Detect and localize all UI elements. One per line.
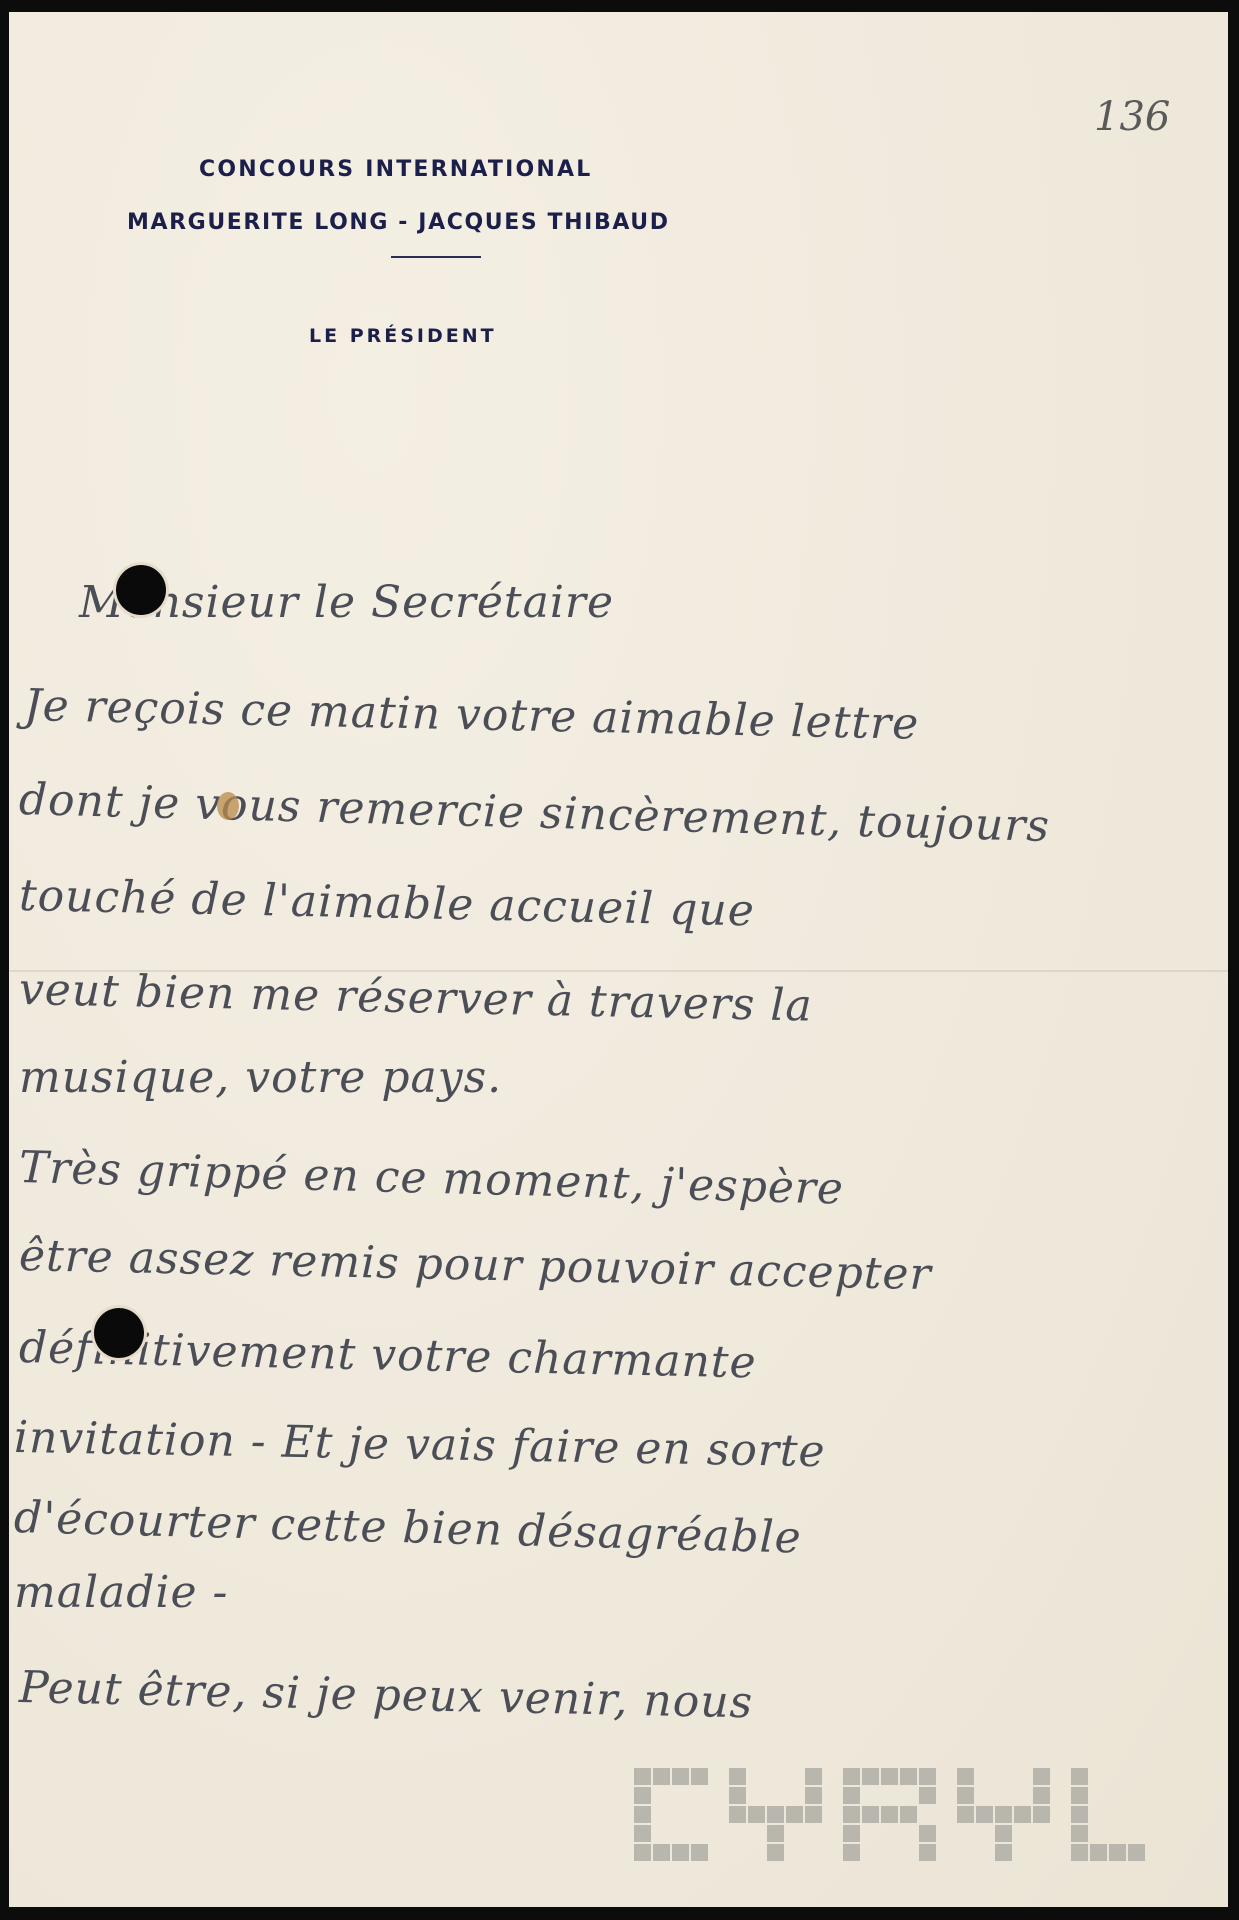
handwriting-line: dont je vous remercie sincèrement, toujo… (18, 774, 1050, 852)
handwriting-line: veut bien me réserver à travers la (18, 964, 813, 1032)
handwriting-line: d'écourter cette bien désagréable (13, 1492, 802, 1564)
letterhead-role: LE PRÉSIDENT (309, 325, 497, 347)
handwriting-line: musique, votre pays. (19, 1052, 502, 1103)
handwriting-line: être assez remis pour pouvoir accepter (18, 1230, 932, 1300)
cyryl-watermark (634, 1768, 1145, 1861)
handwriting-line: Peut être, si je peux venir, nous (18, 1662, 753, 1728)
handwriting-line: maladie - (14, 1567, 228, 1618)
punch-hole (94, 1308, 144, 1358)
page-number: 136 (1094, 94, 1170, 140)
punch-hole (116, 565, 166, 615)
handwriting-line: Très grippé en ce moment, j'espère (18, 1142, 844, 1215)
letterhead-title: CONCOURS INTERNATIONAL (199, 157, 592, 182)
letterhead-subtitle: MARGUERITE LONG - JACQUES THIBAUD (127, 210, 670, 235)
handwriting-line: touché de l'aimable accueil que (18, 870, 755, 936)
letterhead-divider (391, 256, 481, 258)
ink-stain (217, 792, 239, 820)
handwriting-line: invitation - Et je vais faire en sorte (14, 1412, 826, 1477)
handwriting-line: Je reçois ce matin votre aimable lettre (23, 680, 919, 750)
letter-page: 136 CONCOURS INTERNATIONAL MARGUERITE LO… (9, 12, 1228, 1907)
